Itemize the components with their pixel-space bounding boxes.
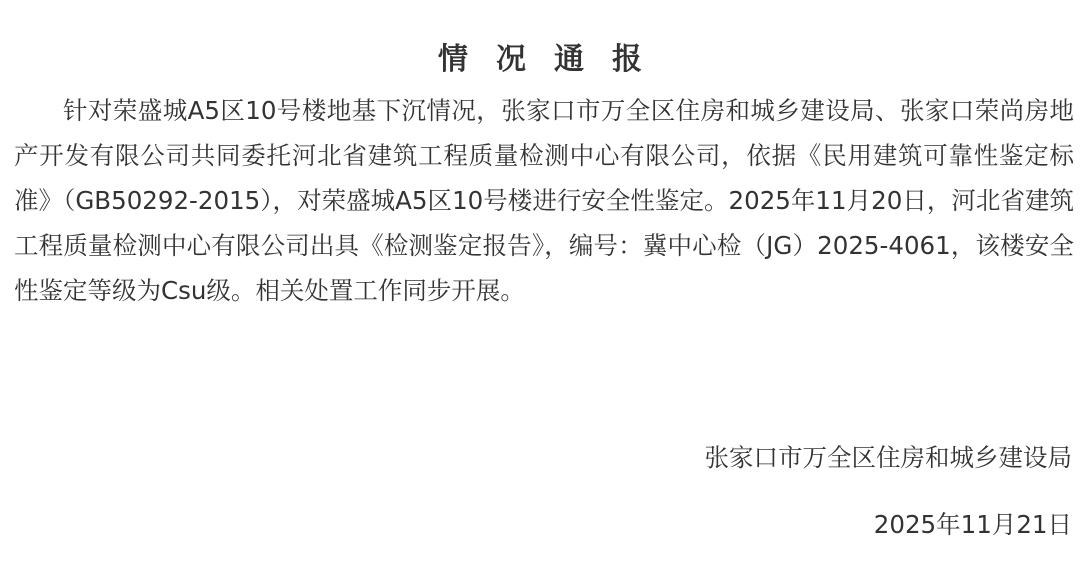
document-title: 情况通报 xyxy=(0,40,1080,80)
issue-date: 2025年11月21日 xyxy=(874,505,1072,545)
issuer-signature: 张家口市万全区住房和城乡建设局 xyxy=(705,438,1073,478)
document-body-paragraph: 针对荣盛城A5区10号楼地基下沉情况，张家口市万全区住房和城乡建设局、张家口荣尚… xyxy=(14,88,1074,313)
